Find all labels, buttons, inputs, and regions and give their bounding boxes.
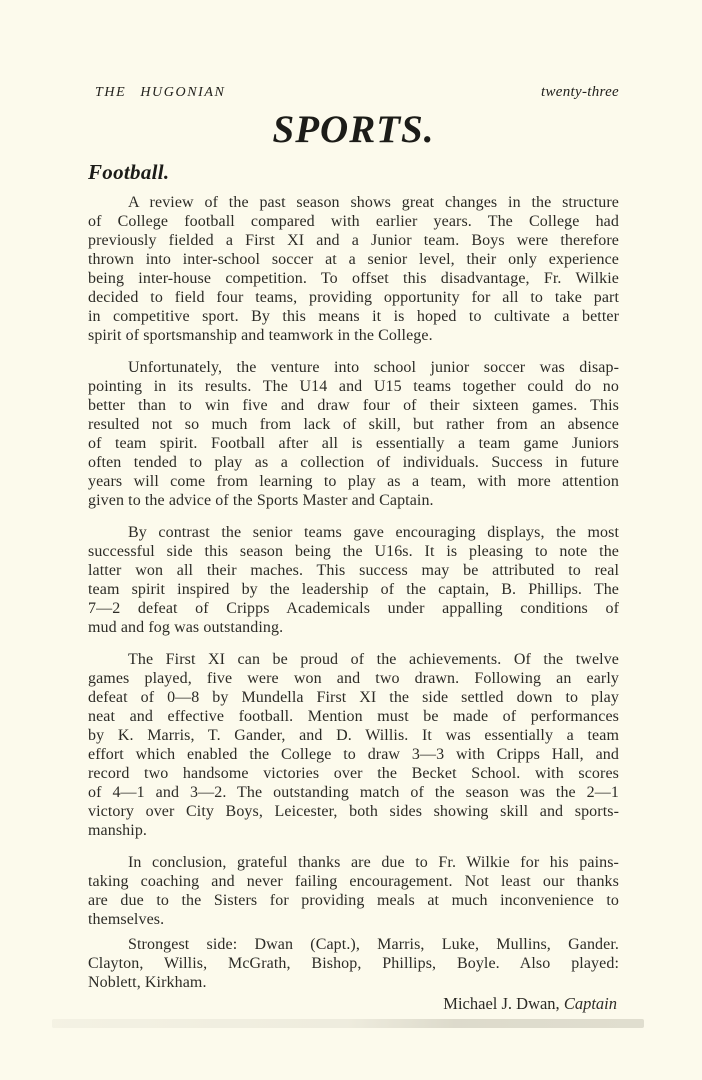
text-line: successful side this season being the U1…	[88, 542, 619, 561]
paragraph-6: Strongest side: Dwan (Capt.), Marris, Lu…	[88, 935, 619, 992]
text-line: better than to win five and draw four of…	[88, 396, 619, 415]
paragraph-4: The First XI can be proud of the achieve…	[88, 650, 619, 840]
text-line: by K. Marris, T. Gander, and D. Willis. …	[88, 726, 619, 745]
text-line: in competitive sport. By this means it i…	[88, 307, 619, 326]
paragraph-5: In conclusion, grateful thanks are due t…	[88, 853, 619, 929]
text-line: taking coaching and never failing encour…	[88, 872, 619, 891]
text-line: In conclusion, grateful thanks are due t…	[88, 853, 619, 872]
text-line: games played, five were won and two draw…	[88, 669, 619, 688]
text-line: previously fielded a First XI and a Juni…	[88, 231, 619, 250]
text-line: The First XI can be proud of the achieve…	[88, 650, 619, 669]
text-line: resulted not so much from lack of skill,…	[88, 415, 619, 434]
scan-artifact-band	[52, 1019, 644, 1028]
text-line: defeat of 0—8 by Mundella First XI the s…	[88, 688, 619, 707]
text-line: latter won all their maches. This succes…	[88, 561, 619, 580]
text-line: of College football compared with earlie…	[88, 212, 619, 231]
journal-title: THE HUGONIAN	[88, 85, 225, 101]
text-line: manship.	[88, 821, 619, 840]
text-line: spirit of sportsmanship and teamwork in …	[88, 326, 619, 345]
text-line: thrown into inter-school soccer at a sen…	[88, 250, 619, 269]
text-line: neat and effective football. Mention mus…	[88, 707, 619, 726]
text-line: 7—2 defeat of Cripps Academicals under a…	[88, 599, 619, 618]
text-line: being inter-house competition. To offset…	[88, 269, 619, 288]
paragraph-3: By contrast the senior teams gave encour…	[88, 523, 619, 637]
text-line: years will come from learning to play as…	[88, 472, 619, 491]
text-line: team spirit inspired by the leadership o…	[88, 580, 619, 599]
paragraph-2: Unfortunately, the venture into school j…	[88, 358, 619, 510]
text-line: Unfortunately, the venture into school j…	[88, 358, 619, 377]
text-line: record two handsome victories over the B…	[88, 764, 619, 783]
text-line: often tended to play as a collection of …	[88, 453, 619, 472]
text-line: Noblett, Kirkham.	[88, 973, 619, 992]
text-line: of team spirit. Football after all is es…	[88, 434, 619, 453]
text-line: By contrast the senior teams gave encour…	[88, 523, 619, 542]
signature-role: Captain	[564, 994, 617, 1013]
paragraph-1: A review of the past season shows great …	[88, 193, 619, 345]
section-title: SPORTS.	[88, 107, 619, 152]
text-line: themselves.	[88, 910, 619, 929]
text-line: are due to the Sisters for providing mea…	[88, 891, 619, 910]
page-column: THE HUGONIAN twenty-three SPORTS. Footba…	[88, 84, 619, 1014]
text-line: pointing in its results. The U14 and U15…	[88, 377, 619, 396]
text-line: given to the advice of the Sports Master…	[88, 491, 619, 510]
text-line: effort which enabled the College to draw…	[88, 745, 619, 764]
text-line: Strongest side: Dwan (Capt.), Marris, Lu…	[88, 935, 619, 954]
text-line: decided to field four teams, providing o…	[88, 288, 619, 307]
article-heading: Football.	[88, 160, 619, 185]
signature-line: Michael J. Dwan, Captain	[88, 994, 619, 1014]
text-line: A review of the past season shows great …	[88, 193, 619, 212]
text-line: of 4—1 and 3—2. The outstanding match of…	[88, 783, 619, 802]
text-line: mud and fog was outstanding.	[88, 618, 619, 637]
signature-name: Michael J. Dwan,	[443, 994, 559, 1013]
text-line: Clayton, Willis, McGrath, Bishop, Philli…	[88, 954, 619, 973]
text-line: victory over City Boys, Leicester, both …	[88, 802, 619, 821]
article-body: A review of the past season shows great …	[88, 193, 619, 992]
running-head: THE HUGONIAN twenty-three	[88, 84, 619, 101]
page-number: twenty-three	[541, 84, 619, 101]
